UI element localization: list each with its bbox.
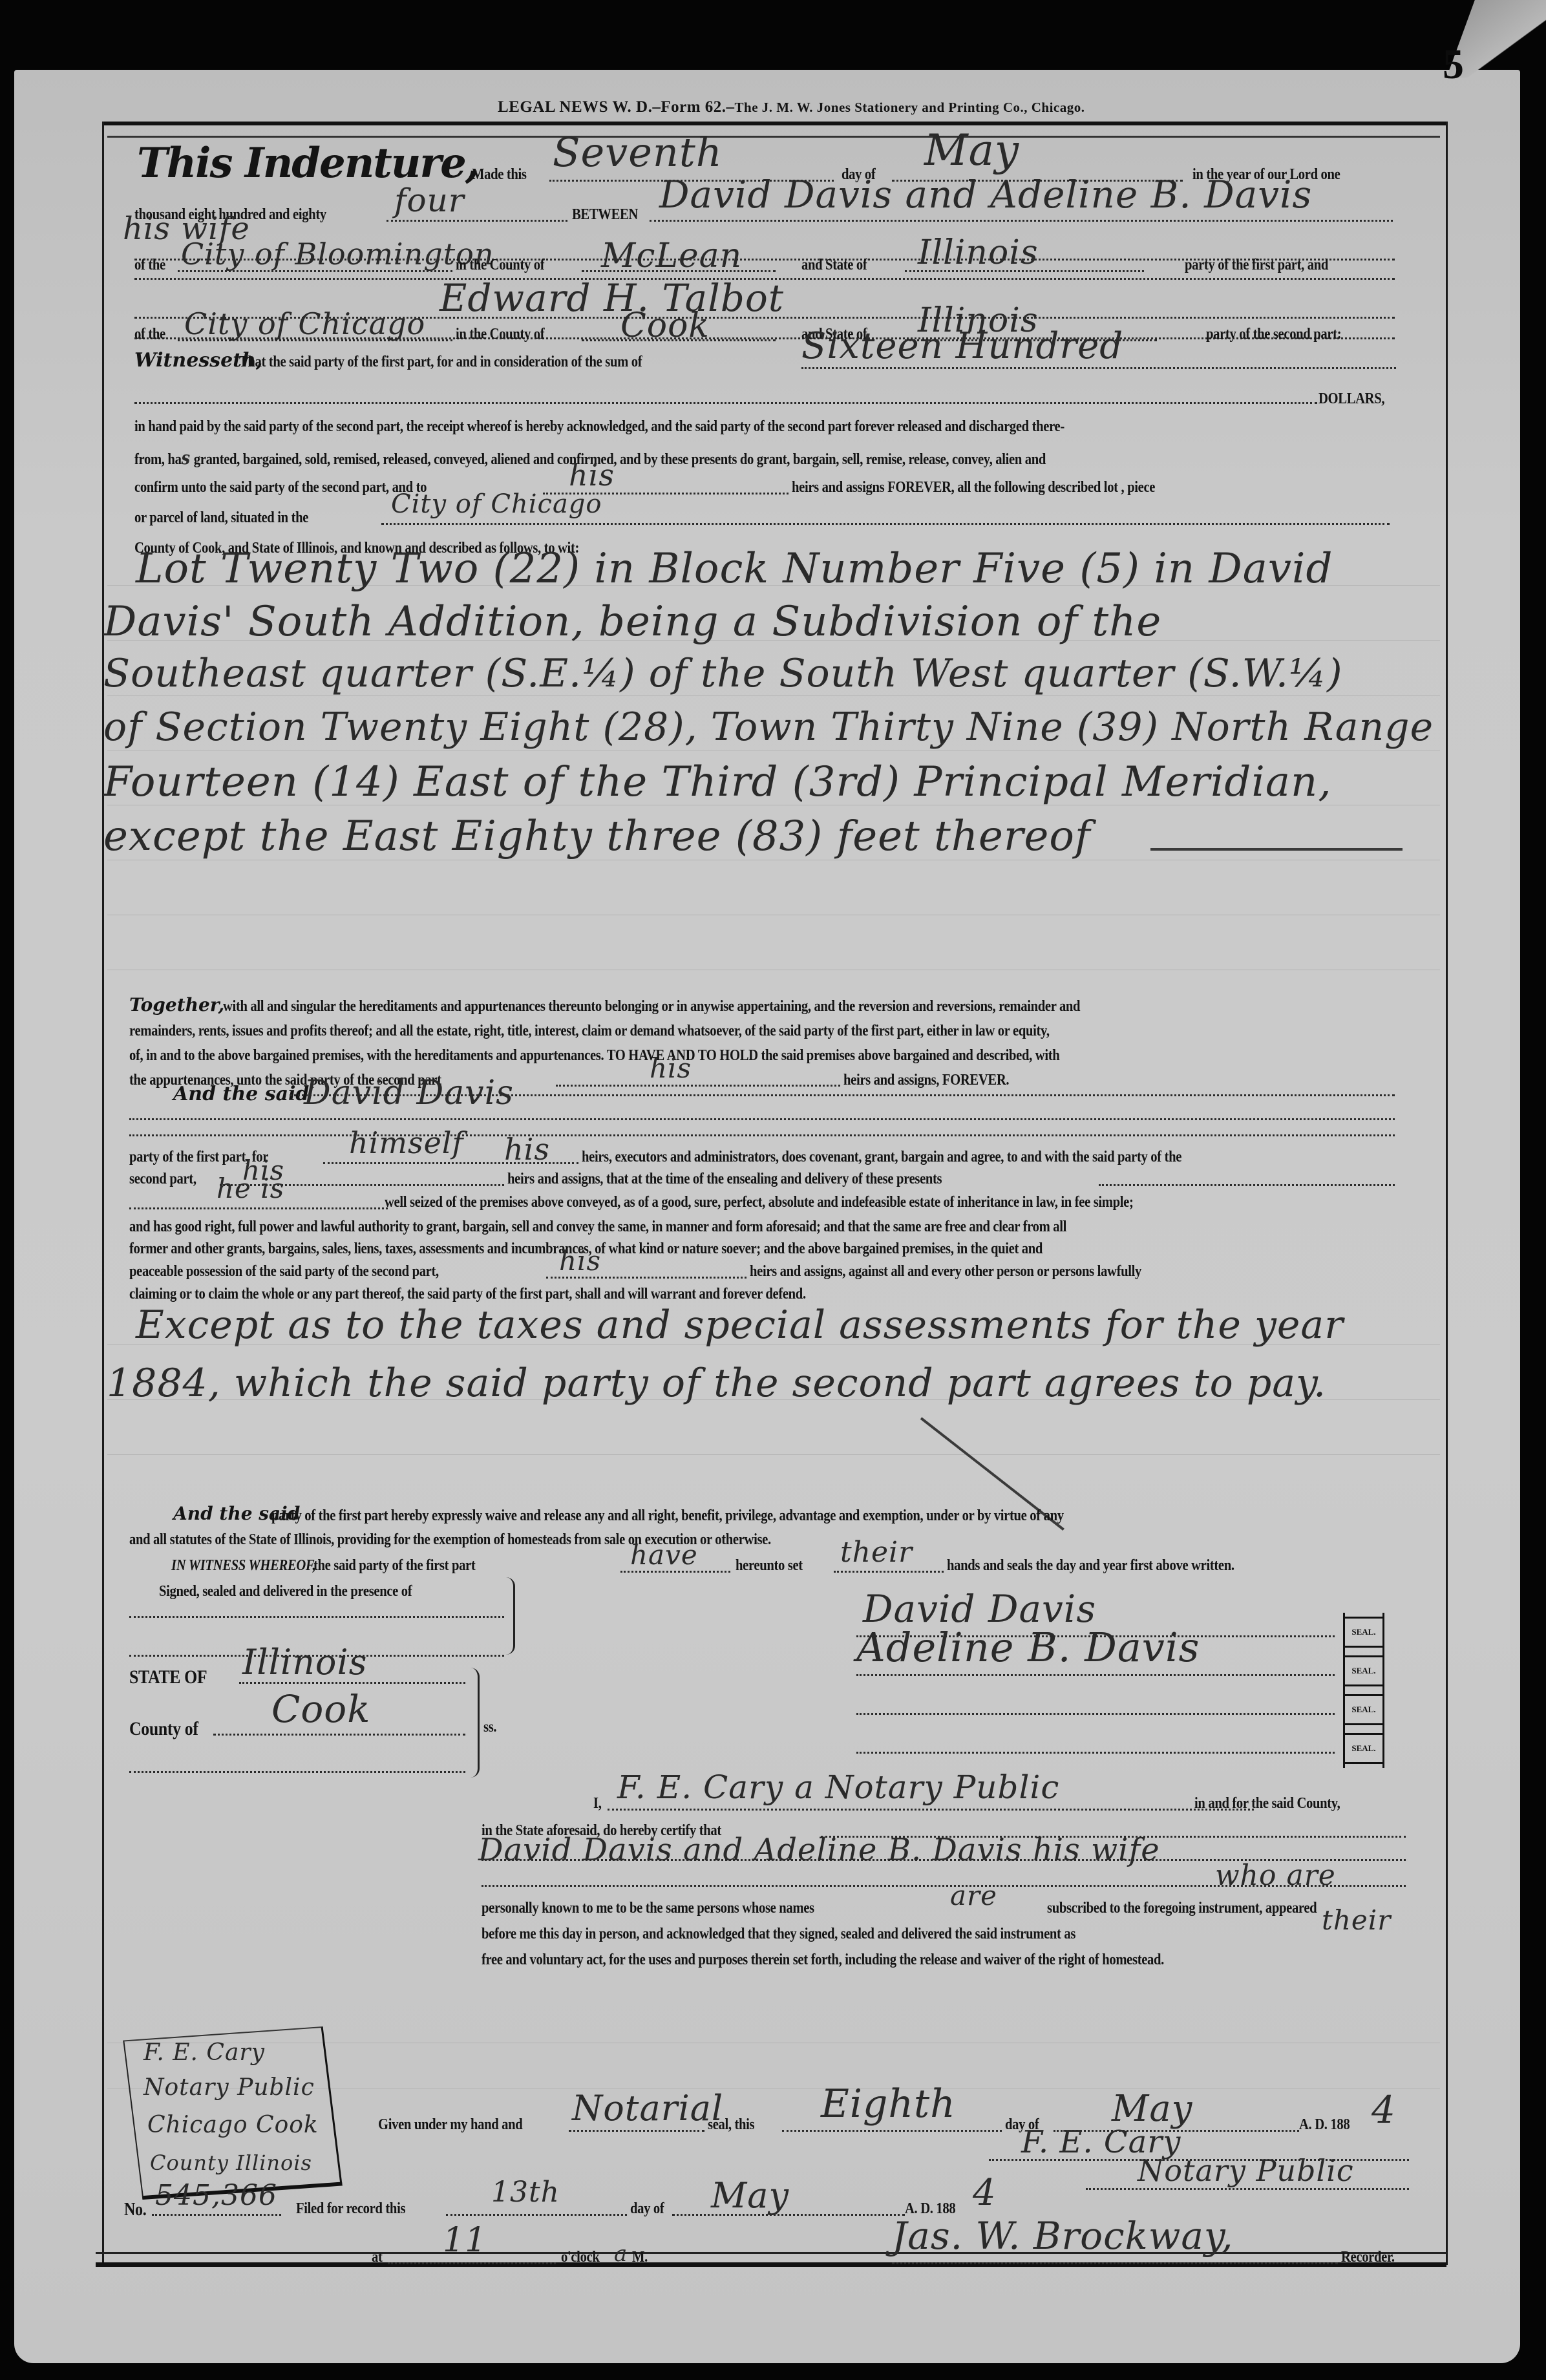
field-eighth[interactable]: Eighth <box>821 2085 956 2123</box>
ack-line-c: free and voluntary act, for the uses and… <box>482 1952 1164 1968</box>
grant-text: granted, bargained, sold, remised, relea… <box>191 451 1046 468</box>
field-together-his[interactable]: his <box>650 1055 692 1082</box>
seal-3: SEAL. <box>1343 1690 1384 1729</box>
field-covenantor[interactable]: David Davis <box>304 1076 514 1110</box>
form-header: LEGAL NEWS W. D.–Form 62.–The J. M. W. J… <box>498 98 1085 116</box>
field-filed-year[interactable]: 4 <box>973 2175 997 2211</box>
field-document-number[interactable]: 545,366 <box>155 2182 277 2210</box>
legal-description-line[interactable]: Lot Twenty Two (22) in Block Number Five… <box>136 548 1333 590</box>
label-state-of: and State of <box>801 257 867 273</box>
grant-line-3-b: heirs and assigns FOREVER, all the follo… <box>792 480 1155 495</box>
brace <box>469 1668 480 1778</box>
grant-line-1: in hand paid by the said party of the se… <box>134 419 1064 434</box>
grant-text: from, ha <box>134 451 182 468</box>
label-filed-day-of: day of <box>630 2201 664 2216</box>
label-state-of-venue: STATE OF <box>129 1668 207 1687</box>
notary-title: Notary Public <box>1138 2156 1354 2185</box>
label-no: No. <box>124 2201 146 2219</box>
label-made-this: Made this <box>472 167 527 182</box>
notary-seal-line: Chicago Cook <box>147 2114 319 2137</box>
field-line <box>129 1771 465 1773</box>
field-year[interactable]: four <box>394 184 465 217</box>
field-grantors[interactable]: David Davis and Adeline B. Davis <box>659 176 1312 213</box>
field-line <box>546 1277 747 1279</box>
field-line <box>213 1734 465 1736</box>
legal-description-line[interactable]: Southeast quarter (S.E.¼) of the South W… <box>103 654 1343 693</box>
field-venue-county[interactable]: Cook <box>271 1690 370 1728</box>
legal-description-line[interactable]: Davis' South Addition, being a Subdivisi… <box>103 601 1161 643</box>
label-second-part: party of the second part: <box>1206 326 1341 342</box>
covenant-line-3: well seized of the premises above convey… <box>385 1195 1134 1210</box>
signature-line[interactable] <box>856 1752 1335 1754</box>
field-sum[interactable]: Sixteen Hundred <box>801 328 1123 365</box>
legal-description-line[interactable]: Fourteen (14) East of the Third (3rd) Pr… <box>103 761 1332 803</box>
label-between: BETWEEN <box>572 207 638 222</box>
form-frame <box>102 122 1448 2265</box>
notary-seal-line: Notary Public <box>143 2076 315 2099</box>
field-he-is[interactable]: he is <box>217 1175 284 1202</box>
together-line-4-b: heirs and assigns, FOREVER. <box>843 1072 1009 1088</box>
given-text-b: seal, this <box>708 2117 754 2132</box>
label-in-witness: IN WITNESS WHEREOF, <box>171 1558 315 1573</box>
ruled-line <box>107 1454 1440 1455</box>
heading-this-indenture: This Indenture, <box>137 139 478 187</box>
label-i: I, <box>593 1796 602 1811</box>
brace <box>504 1577 515 1655</box>
ruled-line <box>107 970 1440 970</box>
field-line <box>129 1118 1395 1120</box>
field-possession-his[interactable]: his <box>559 1248 601 1275</box>
field-line <box>1086 2188 1409 2190</box>
covenant-line-2-a: second part, <box>129 1171 196 1187</box>
field-notary-name[interactable]: F. E. Cary a Notary Public <box>617 1771 1059 1803</box>
field-has[interactable]: s <box>182 447 191 469</box>
field-line <box>569 2130 704 2132</box>
field-filed-month[interactable]: May <box>711 2178 789 2213</box>
field-second-city[interactable]: City of Chicago <box>184 309 425 339</box>
signature-line <box>856 1674 1335 1676</box>
closing-line <box>1150 848 1403 851</box>
field-himself[interactable]: himself <box>349 1128 464 1158</box>
seal-1: SEAL. <box>1343 1613 1384 1652</box>
field-line <box>388 2262 556 2264</box>
field-notarial[interactable]: Notarial <box>572 2091 723 2126</box>
recorder-signature[interactable]: Jas. W. Brockway, <box>892 2217 1233 2255</box>
label-signed-sealed: Signed, sealed and delivered in the pres… <box>159 1584 412 1599</box>
field-given-year[interactable]: 4 <box>1371 2091 1396 2129</box>
covenant-line-2-b: heirs and assigns, that at the time of t… <box>507 1171 942 1187</box>
field-month[interactable]: May <box>924 129 1019 172</box>
label-first-part: party of the first part, and <box>1185 257 1328 273</box>
witnesseth-text: That the said party of the first part, f… <box>239 354 642 370</box>
label-of-the: of the <box>134 326 165 342</box>
together-line-3: of, in and to the above bargained premis… <box>129 1048 1059 1063</box>
label-filed: Filed for record this <box>296 2201 405 2216</box>
field-venue-state[interactable]: Illinois <box>242 1645 367 1680</box>
covenant-line-4: and has good right, full power and lawfu… <box>129 1219 1066 1235</box>
witness-text-a: the said party of the first part <box>313 1558 475 1573</box>
field-are[interactable]: are <box>950 1882 997 1909</box>
signature-line[interactable] <box>856 1713 1335 1715</box>
together-line-2: remainders, rents, issues and profits th… <box>129 1023 1050 1039</box>
ack-line-b: before me this day in person, and acknow… <box>482 1926 1075 1942</box>
seal-4: SEAL. <box>1343 1729 1384 1768</box>
field-given-month[interactable]: May <box>1112 2091 1192 2127</box>
label-county-of-venue: County of <box>129 1719 198 1739</box>
field-day[interactable]: Seventh <box>553 133 723 173</box>
given-text-a: Given under my hand and <box>378 2117 522 2132</box>
form-printer: The J. M. W. Jones Stationery and Printi… <box>735 100 1085 115</box>
label-at: at <box>372 2249 383 2265</box>
notary-seal-line: County Illinois <box>150 2152 312 2173</box>
field-am[interactable]: a <box>614 2243 628 2265</box>
witness-line[interactable] <box>129 1616 504 1618</box>
signature-2[interactable]: Adeline B. Davis <box>856 1628 1200 1668</box>
label-m: M. <box>632 2249 648 2265</box>
page-number: 5 <box>1443 40 1464 89</box>
together-line-1: with all and singular the hereditaments … <box>223 999 1080 1014</box>
field-filed-day[interactable]: 13th <box>491 2178 560 2207</box>
covenant-line-1-b: heirs, executors and administrators, doe… <box>582 1149 1181 1165</box>
label-together: Together, <box>129 994 224 1015</box>
field-line <box>620 1571 730 1573</box>
seal-2: SEAL. <box>1343 1652 1384 1690</box>
covenant-line-6-a: peaceable possession of the said party o… <box>129 1264 439 1279</box>
waiver-line-1: party of the first part hereby expressly… <box>271 1508 1064 1524</box>
label-dollars: DOLLARS, <box>1318 391 1384 407</box>
field-hour[interactable]: 11 <box>443 2224 487 2257</box>
field-situated-in[interactable]: City of Chicago <box>391 491 602 517</box>
ruled-line <box>107 750 1440 750</box>
label-recorder: Recorder. <box>1341 2249 1395 2265</box>
field-second-county[interactable]: Cook <box>620 309 710 343</box>
field-line <box>129 1134 1395 1136</box>
ack-line-a: personally known to me to be the same pe… <box>482 1900 814 1916</box>
label-in-and-for: in and for the said County, <box>1194 1796 1340 1811</box>
label-county-of: in the County of <box>456 257 544 273</box>
label-and-the-said: And the said <box>173 1083 309 1105</box>
exception-line[interactable]: Except as to the taxes and special asses… <box>136 1306 1344 1344</box>
field-have[interactable]: have <box>630 1542 698 1569</box>
form-title: LEGAL NEWS W. D.–Form 62.– <box>498 98 735 116</box>
given-text-d: A. D. 188 <box>1299 2117 1350 2132</box>
witness-text-b: hereunto set <box>736 1558 803 1573</box>
covenant-line-6-b: heirs and assigns, against all and every… <box>750 1264 1141 1279</box>
signature-1[interactable]: David Davis <box>863 1590 1096 1628</box>
legal-description-line[interactable]: of Section Twenty Eight (28), Town Thirt… <box>103 708 1434 747</box>
field-line <box>782 2130 1002 2132</box>
field-line <box>892 2262 1338 2264</box>
field-line <box>381 523 1390 525</box>
field-ack-their[interactable]: their <box>1322 1907 1391 1934</box>
ruled-line <box>107 915 1440 915</box>
field-grantee[interactable]: Edward H. Talbot <box>439 279 784 317</box>
field-their[interactable]: their <box>840 1538 913 1567</box>
field-line <box>801 367 1396 369</box>
label-of-the: of the <box>134 257 165 273</box>
notary-seal-line: F. E. Cary <box>143 2041 265 2065</box>
field-who-are[interactable]: who are <box>1215 1862 1336 1890</box>
ack-line-a-b: subscribed to the foregoing instrument, … <box>1047 1900 1317 1916</box>
field-first-city[interactable]: City of Bloomington <box>181 239 494 269</box>
witness-text-c: hands and seals the day and year first a… <box>947 1558 1234 1573</box>
field-line <box>446 2214 627 2216</box>
field-heirs-his[interactable]: his <box>569 460 615 490</box>
frame-rule-bottom-inner <box>96 2252 1446 2254</box>
field-line <box>152 2214 281 2216</box>
legal-description-line[interactable]: except the East Eighty three (83) feet t… <box>103 816 1091 857</box>
exception-line[interactable]: 1884, which the said party of the second… <box>107 1364 1326 1403</box>
field-line <box>386 220 567 222</box>
field-line <box>134 402 1317 404</box>
field-line <box>129 1207 388 1209</box>
label-ss: ss. <box>483 1719 496 1735</box>
field-first-state[interactable]: Illinois <box>918 236 1039 270</box>
grant-line-4-a: or parcel of land, situated in the <box>134 510 308 526</box>
field-line <box>608 1809 1254 1811</box>
covenant-line-7: claiming or to claim the whole or any pa… <box>129 1286 806 1302</box>
field-covenant-his[interactable]: his <box>504 1134 550 1164</box>
label-county-of: in the County of <box>456 326 544 342</box>
field-line <box>650 220 1393 222</box>
field-line <box>556 1085 840 1087</box>
field-certified-names[interactable]: David Davis and Adeline B. Davis his wif… <box>478 1834 1160 1865</box>
grant-line-3-a: confirm unto the said party of the secon… <box>134 480 427 495</box>
field-line <box>1099 1184 1395 1186</box>
field-line <box>834 1571 944 1573</box>
label-oclock: o'clock <box>561 2249 600 2265</box>
field-first-county[interactable]: McLean <box>601 239 742 273</box>
